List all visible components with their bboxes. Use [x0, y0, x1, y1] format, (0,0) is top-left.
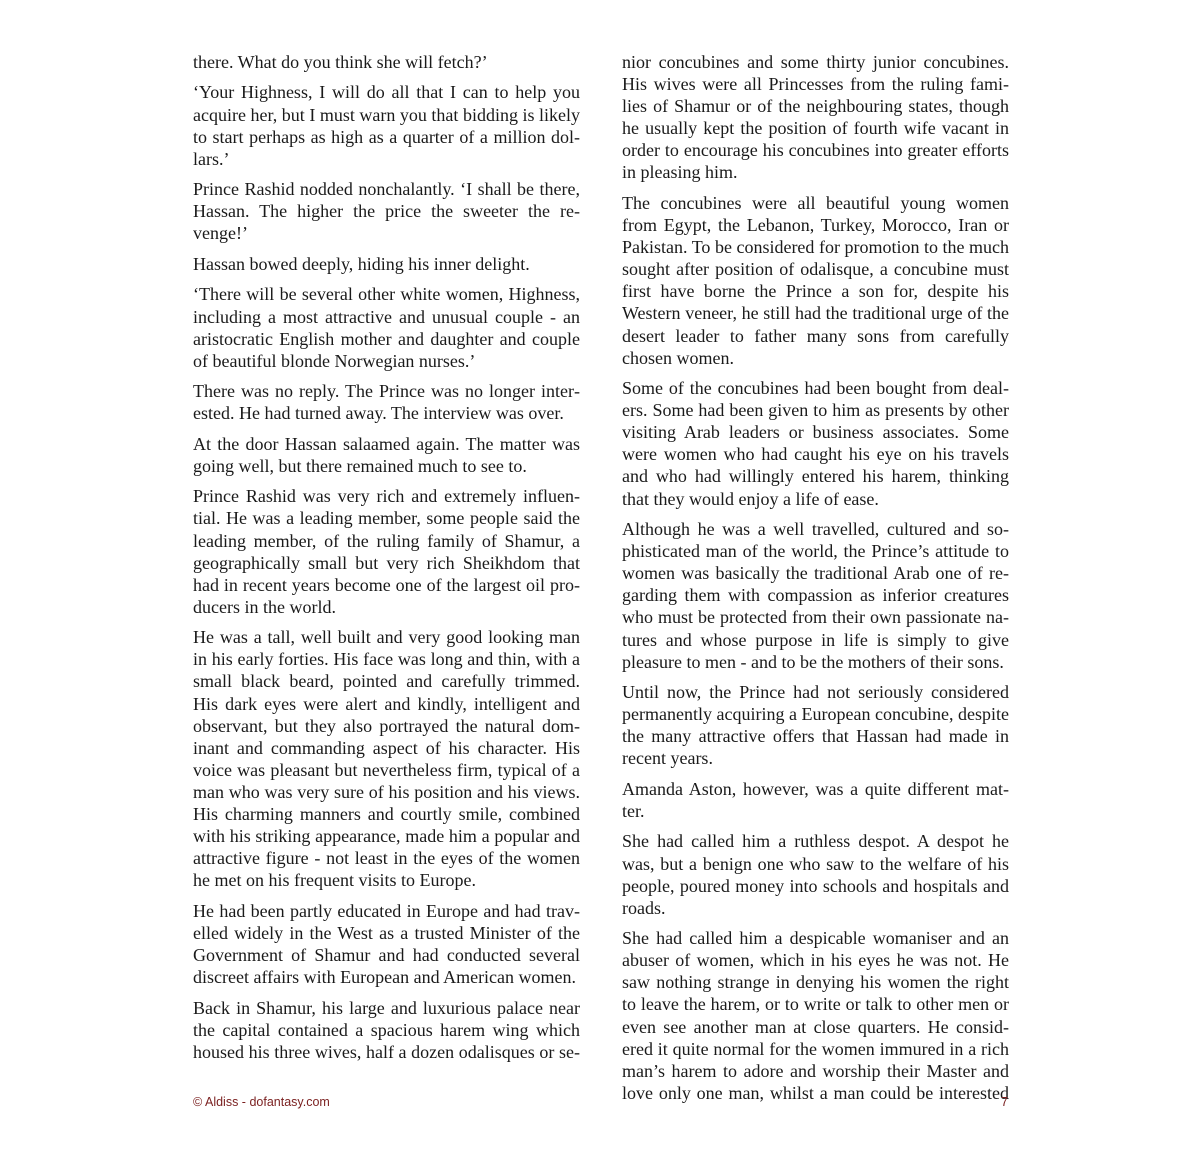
paragraph: Prince Rashid nodded nonchalantly. ‘I sh…: [193, 178, 580, 244]
paragraph: there. What do you think she will fetch?…: [193, 51, 580, 73]
paragraph: She had called him a ruthless despot. A …: [622, 830, 1009, 918]
paragraph-continuation: nior concubines and some thirty junior c…: [622, 51, 1009, 184]
book-page: there. What do you think she will fetch?…: [0, 0, 1200, 1158]
paragraph-continued: She had called him a despicable womanise…: [622, 927, 1009, 1104]
paragraph: Although he was a well travelled, cultur…: [622, 518, 1009, 673]
copyright-footer: © Aldiss - dofantasy.com: [193, 1095, 330, 1109]
paragraph: Some of the concubines had been bought f…: [622, 377, 1009, 510]
paragraph: Hassan bowed deeply, hiding his inner de…: [193, 253, 580, 275]
paragraph: ‘There will be several other white women…: [193, 283, 580, 371]
paragraph: At the door Hassan salaamed again. The m…: [193, 433, 580, 477]
paragraph: The concubines were all beautiful young …: [622, 192, 1009, 369]
paragraph: He was a tall, well built and very good …: [193, 626, 580, 891]
left-text-column: there. What do you think she will fetch?…: [193, 51, 580, 1071]
paragraph: Prince Rashid was very rich and extremel…: [193, 485, 580, 618]
paragraph: There was no reply. The Prince was no lo…: [193, 380, 580, 424]
paragraph-continued: Back in Shamur, his large and luxurious …: [193, 997, 580, 1063]
paragraph: Until now, the Prince had not seriously …: [622, 681, 1009, 769]
paragraph: He had been partly educated in Europe an…: [193, 900, 580, 988]
paragraph: Amanda Aston, however, was a quite diffe…: [622, 778, 1009, 822]
right-text-column: nior concubines and some thirty junior c…: [622, 51, 1009, 1112]
paragraph: ‘Your Highness, I will do all that I can…: [193, 81, 580, 169]
page-number: 7: [1001, 1095, 1008, 1109]
